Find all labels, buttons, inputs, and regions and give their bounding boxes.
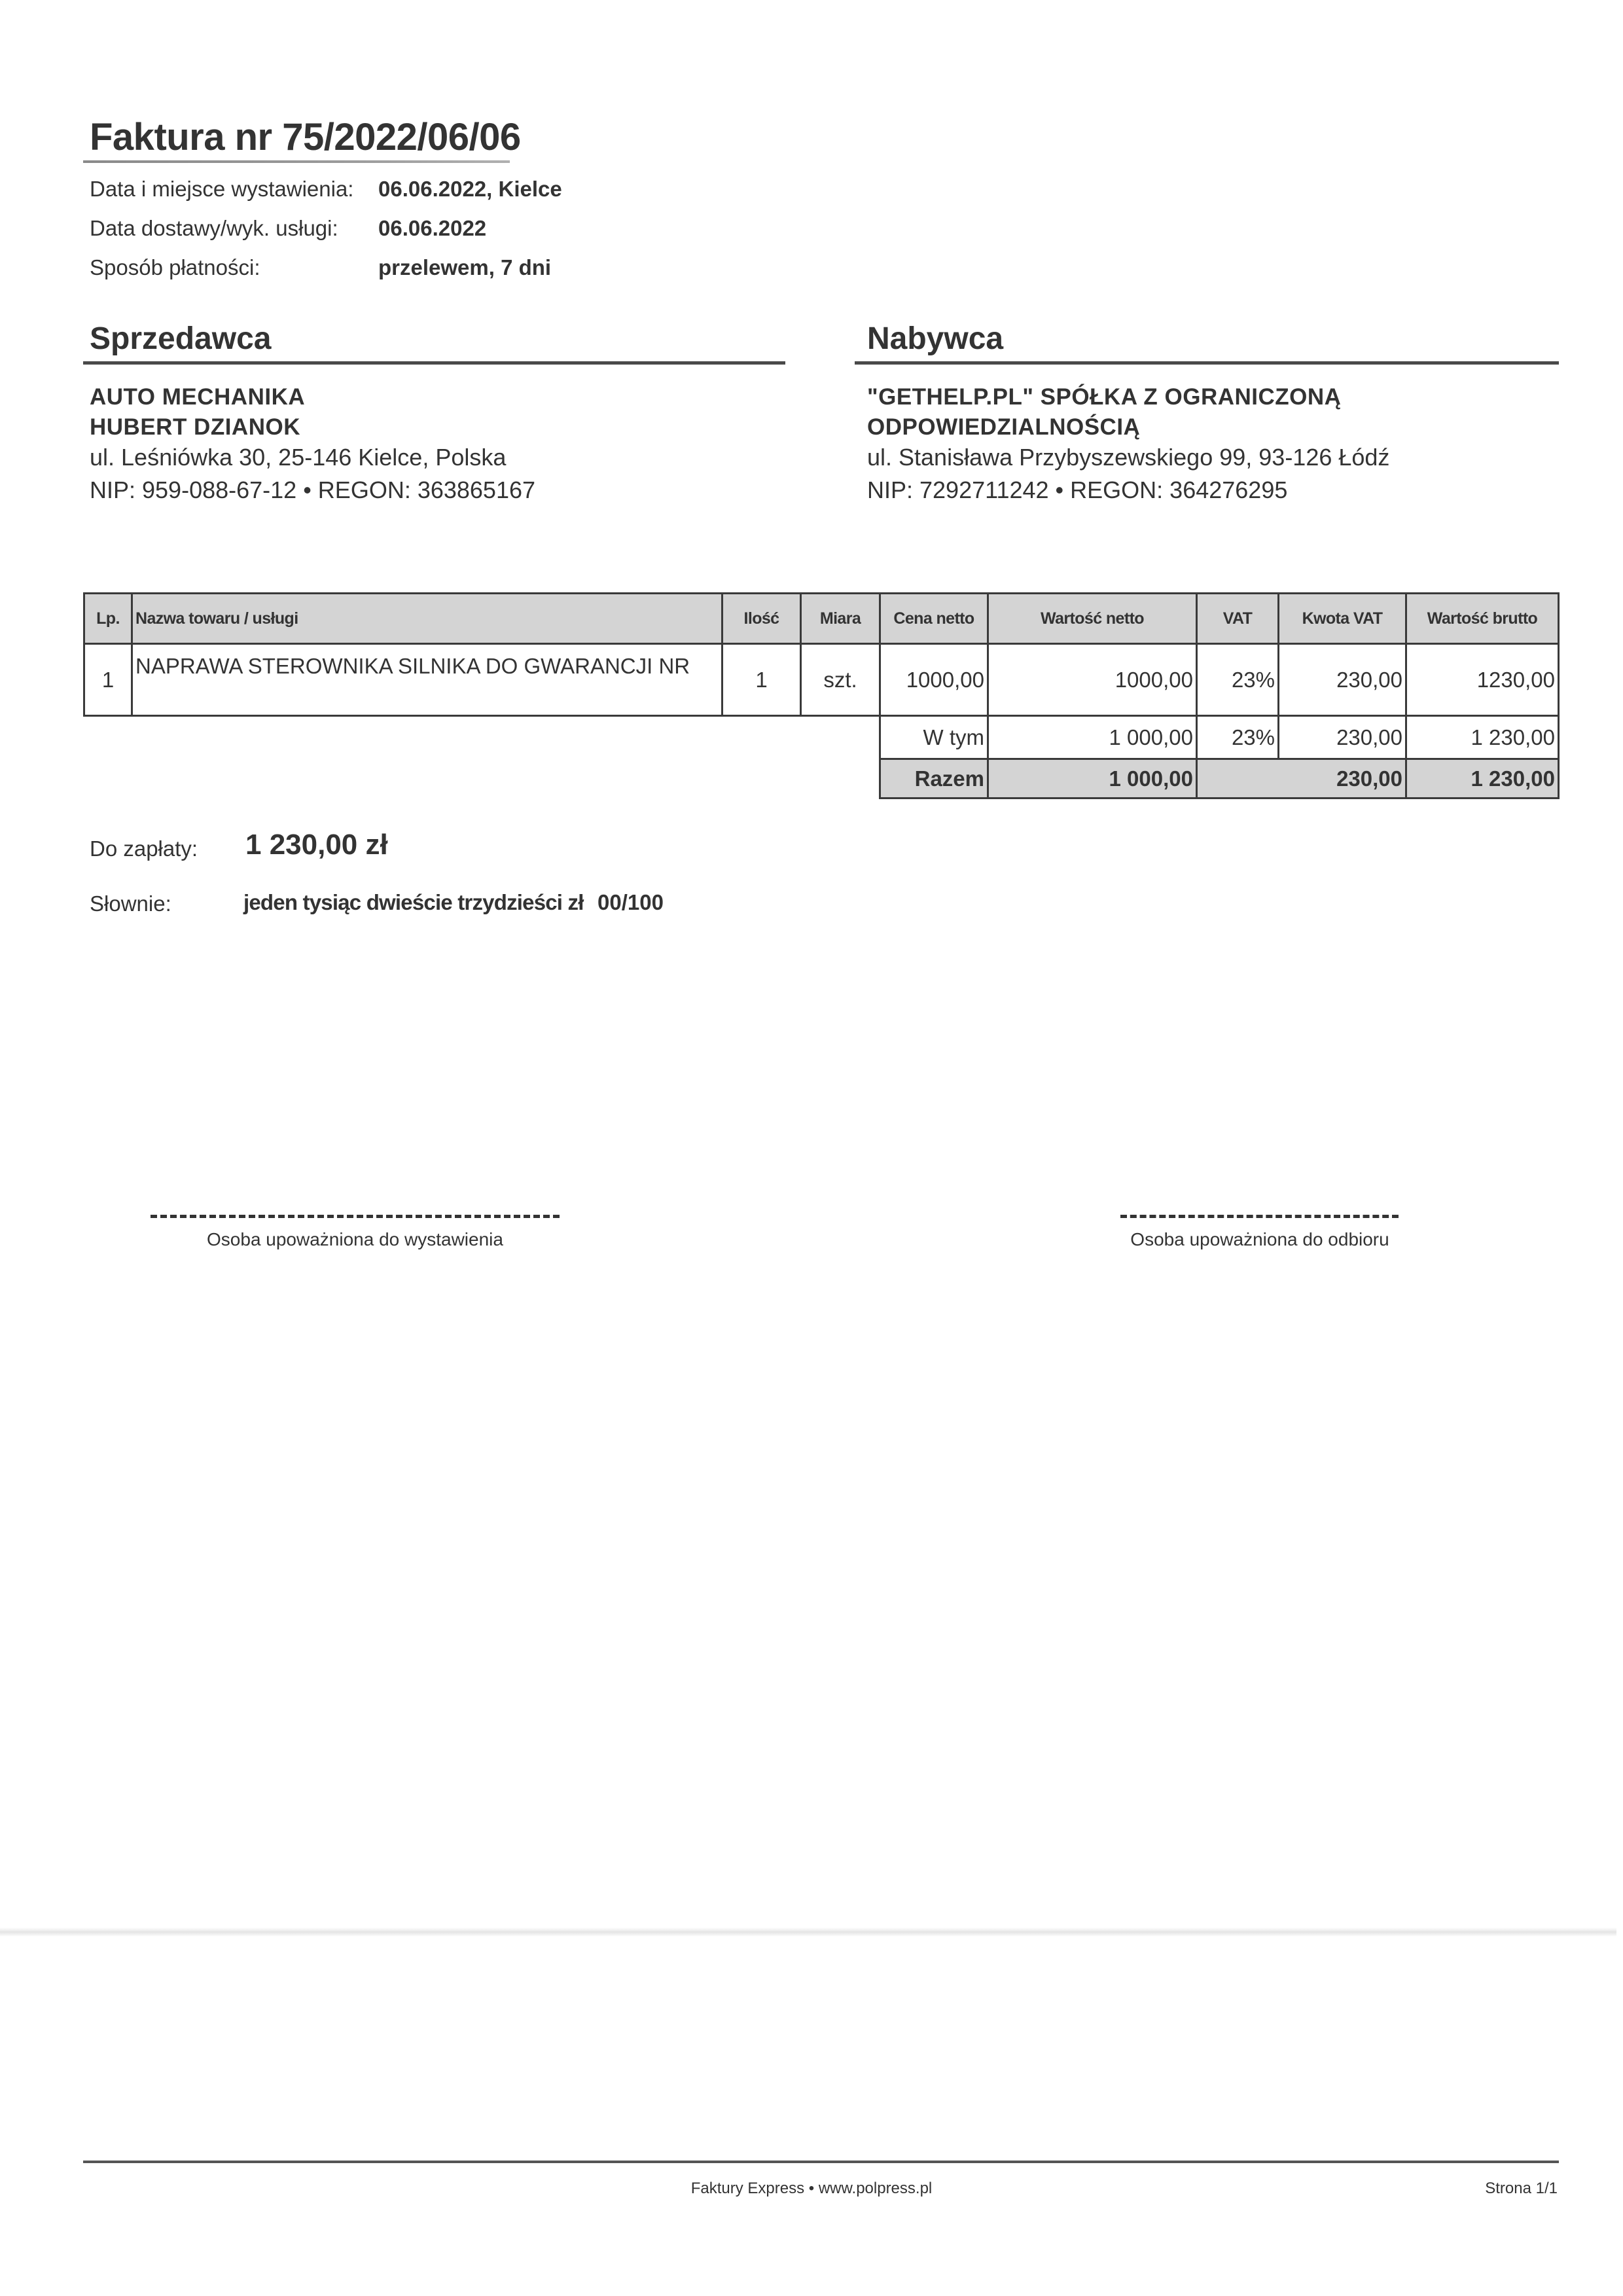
invoice-title: Faktura nr 75/2022/06/06: [90, 115, 521, 159]
issue-date-value: 06.06.2022, Kielce: [378, 177, 562, 202]
seller-name-line2: HUBERT DZIANOK: [90, 412, 300, 442]
subtotal-value-net: 1 000,00: [988, 716, 1197, 759]
issuer-signature-label: Osoba upoważniona do wystawienia: [151, 1229, 560, 1250]
item-qty: 1: [722, 644, 801, 716]
table-row: 1 NAPRAWA STEROWNIKA SILNIKA DO GWARANCJ…: [84, 644, 1559, 716]
subtotal-vat-amount: 230,00: [1279, 716, 1406, 759]
buyer-name-line1: "GETHELP.PL" SPÓŁKA Z OGRANICZONĄ: [867, 382, 1341, 412]
item-name: NAPRAWA STEROWNIKA SILNIKA DO GWARANCJI …: [132, 644, 722, 716]
total-row: Razem 1 000,00 230,00 1 230,00: [84, 759, 1559, 798]
header-value-net: Wartość netto: [988, 594, 1197, 644]
header-vat-amount: Kwota VAT: [1279, 594, 1406, 644]
total-value-gross: 1 230,00: [1406, 759, 1559, 798]
receiver-signature-label: Osoba upoważniona do odbioru: [1113, 1229, 1407, 1250]
amount-due-value: 1 230,00 zł: [245, 829, 388, 861]
receiver-signature-line: [1120, 1215, 1399, 1218]
title-underline: [83, 160, 510, 163]
seller-name-line1: AUTO MECHANIKA: [90, 382, 305, 412]
subtotal-label: W tym: [880, 716, 988, 759]
payment-method-value: przelewem, 7 dni: [378, 255, 551, 280]
buyer-ids: NIP: 7292711242 • REGON: 364276295: [867, 476, 1287, 504]
buyer-rule: [855, 361, 1559, 365]
subtotal-value-gross: 1 230,00: [1406, 716, 1559, 759]
total-spacer: [84, 759, 880, 798]
total-value-net: 1 000,00: [988, 759, 1197, 798]
item-unit-price-net: 1000,00: [880, 644, 988, 716]
seller-address: ul. Leśniówka 30, 25-146 Kielce, Polska: [90, 444, 506, 471]
total-label: Razem: [880, 759, 988, 798]
amount-in-words-label: Słownie:: [90, 891, 171, 916]
delivery-date-value: 06.06.2022: [378, 216, 486, 241]
header-lp: Lp.: [84, 594, 132, 644]
amount-in-words-value: jeden tysiąc dwieście trzydzieści zł: [243, 890, 584, 915]
seller-rule: [83, 361, 785, 365]
header-value-gross: Wartość brutto: [1406, 594, 1559, 644]
seller-ids: NIP: 959-088-67-12 • REGON: 363865167: [90, 476, 535, 504]
item-vat-rate: 23%: [1197, 644, 1279, 716]
footer-rule: [83, 2161, 1559, 2163]
issue-date-label: Data i miejsce wystawienia:: [90, 177, 353, 202]
amount-due-label: Do zapłaty:: [90, 836, 198, 861]
item-vat-amount: 230,00: [1279, 644, 1406, 716]
item-unit: szt.: [801, 644, 880, 716]
total-vat-amount: 230,00: [1197, 759, 1406, 798]
subtotal-row: W tym 1 000,00 23% 230,00 1 230,00: [84, 716, 1559, 759]
header-vat-rate: VAT: [1197, 594, 1279, 644]
issuer-signature-line: [151, 1215, 560, 1218]
seller-heading: Sprzedawca: [90, 321, 271, 357]
subtotal-spacer: [84, 716, 880, 759]
header-qty: Ilość: [722, 594, 801, 644]
item-lp: 1: [84, 644, 132, 716]
item-value-net: 1000,00: [988, 644, 1197, 716]
buyer-address: ul. Stanisława Przybyszewskiego 99, 93-1…: [867, 444, 1389, 471]
item-value-gross: 1230,00: [1406, 644, 1559, 716]
header-unit: Miara: [801, 594, 880, 644]
delivery-date-label: Data dostawy/wyk. usługi:: [90, 216, 338, 241]
buyer-heading: Nabywca: [867, 321, 1003, 357]
scan-artifact-line: [0, 1928, 1616, 1937]
page-number: Strona 1/1: [1459, 2179, 1558, 2198]
invoice-items-table: Lp. Nazwa towaru / usługi Ilość Miara Ce…: [83, 592, 1560, 799]
footer-brand: Faktury Express • www.polpress.pl: [0, 2179, 1623, 2198]
subtotal-vat-rate: 23%: [1197, 716, 1279, 759]
payment-method-label: Sposób płatności:: [90, 255, 260, 280]
amount-in-words-cents: 00/100: [597, 890, 664, 915]
header-unit-price-net: Cena netto: [880, 594, 988, 644]
header-name: Nazwa towaru / usługi: [132, 594, 722, 644]
table-header-row: Lp. Nazwa towaru / usługi Ilość Miara Ce…: [84, 594, 1559, 644]
buyer-name-line2: ODPOWIEDZIALNOŚCIĄ: [867, 412, 1140, 442]
